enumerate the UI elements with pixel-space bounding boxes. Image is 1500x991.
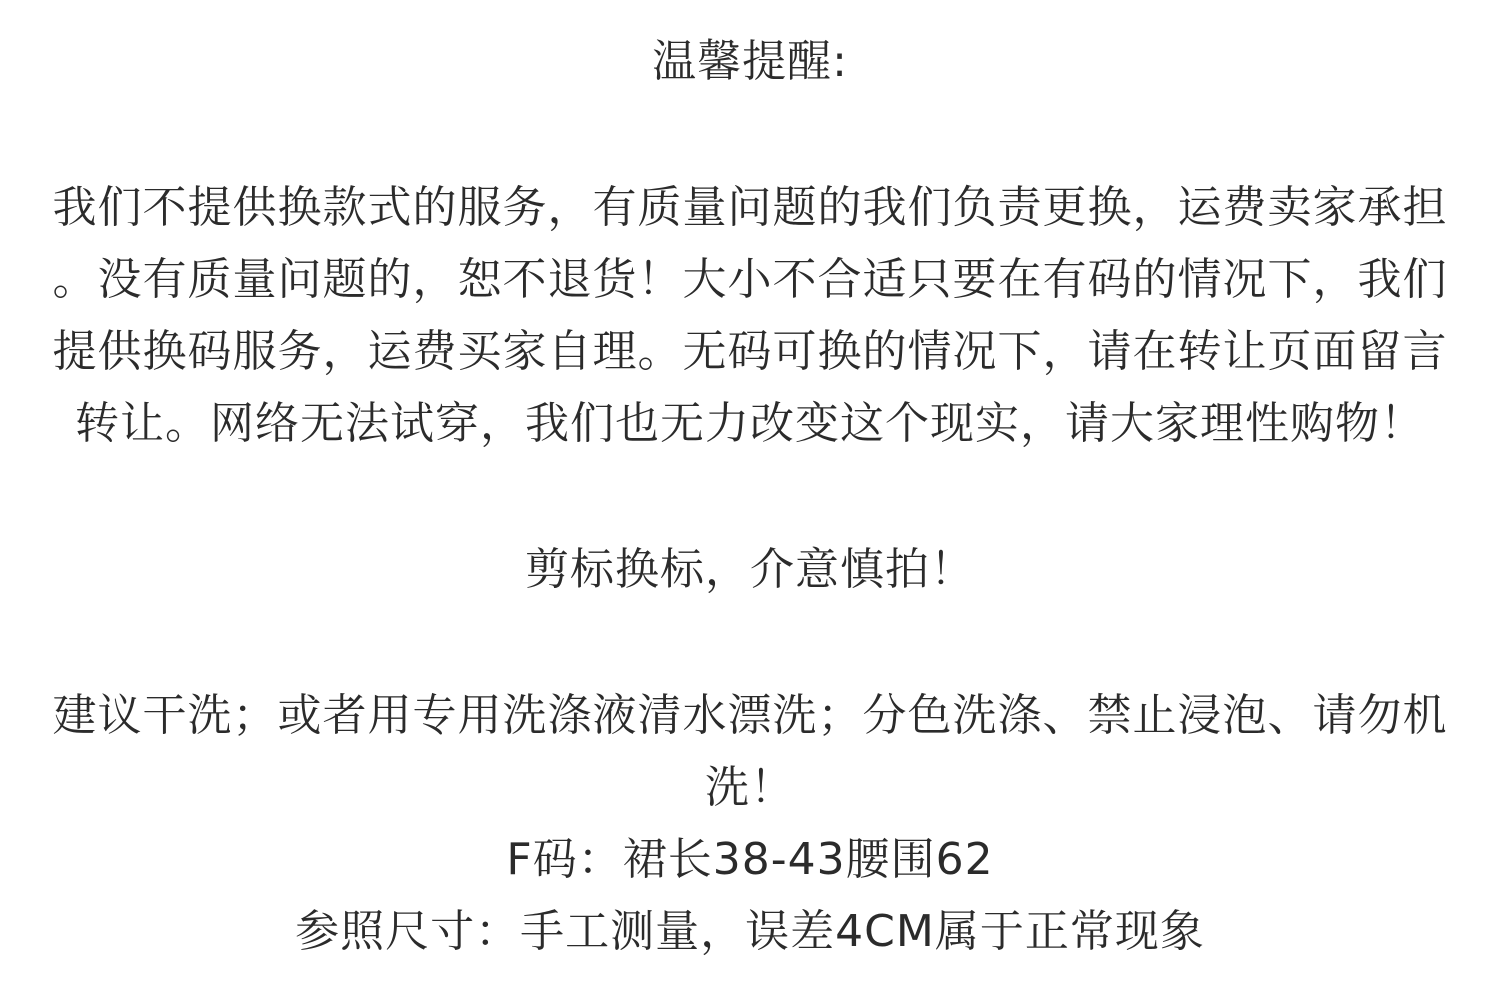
size-reference-note: 参照尺寸：手工测量，误差4CM属于正常现象: [0, 902, 1500, 962]
size-info: F码：裙长38-43腰围62: [0, 830, 1500, 890]
tag-warning: 剪标换标，介意慎拍！: [0, 540, 1500, 600]
wash-instructions-line-1: 建议干洗；或者用专用洗涤液清水漂洗；分色洗涤、禁止浸泡、请勿机: [0, 686, 1500, 746]
notice-title: 温馨提醒:: [0, 32, 1500, 92]
policy-line-3: 提供换码服务，运费买家自理。无码可换的情况下，请在转让页面留言: [0, 322, 1500, 382]
policy-line-2: 。没有质量问题的，恕不退货！大小不合适只要在有码的情况下，我们: [0, 250, 1500, 310]
policy-line-1: 我们不提供换款式的服务，有质量问题的我们负责更换，运费卖家承担: [0, 178, 1500, 238]
wash-instructions-line-2: 洗！: [0, 758, 1500, 818]
policy-line-4: 转让。网络无法试穿，我们也无力改变这个现实，请大家理性购物！: [0, 394, 1500, 454]
